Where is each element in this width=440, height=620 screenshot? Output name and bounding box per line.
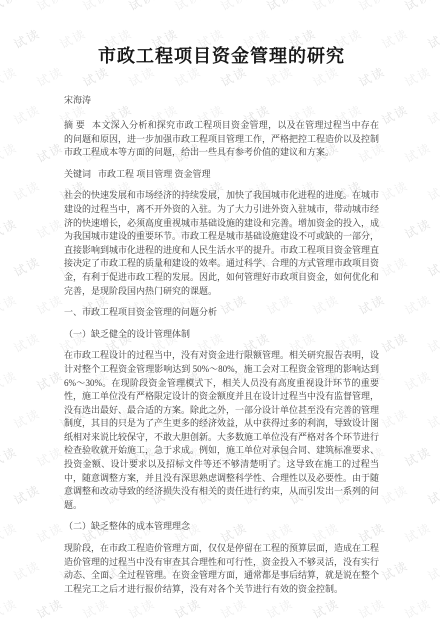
watermark-text: 试读	[0, 442, 20, 470]
watermark-text: 试读	[425, 328, 440, 356]
watermark-text: 试读	[310, 0, 343, 15]
watermark-text: 试读	[11, 252, 44, 280]
watermark-text: 试读	[0, 138, 20, 166]
keywords-label: 关键词	[64, 169, 91, 179]
body-paragraph: 在市政工程设计的过程当中，没有对资金进行限额管理。相关研究报告表明，设计对整个工…	[64, 349, 379, 512]
watermark-text: 试读	[34, 366, 67, 394]
watermark-text: 试读	[80, 0, 113, 15]
watermark-text: 试读	[402, 366, 435, 394]
watermark-text: 试读	[126, 0, 159, 15]
watermark-text: 试读	[379, 252, 412, 280]
watermark-text: 试读	[402, 518, 435, 546]
watermark-text: 试读	[425, 404, 440, 432]
watermark-text: 试读	[34, 214, 67, 242]
watermark-text: 试读	[0, 594, 20, 620]
watermark-text: 试读	[0, 62, 20, 90]
watermark-text: 试读	[11, 328, 44, 356]
watermark-text: 试读	[11, 480, 44, 508]
watermark-text: 试读	[379, 556, 412, 584]
document-page: 试读试读试读试读试读试读试读试读试读试读试读试读试读试读试读试读试读试读试读试读…	[0, 0, 440, 620]
watermark-text: 试读	[402, 594, 435, 620]
watermark-text: 试读	[379, 480, 412, 508]
watermark-text: 试读	[172, 0, 205, 15]
watermark-text: 试读	[34, 138, 67, 166]
watermark-text: 试读	[425, 24, 440, 52]
watermark-text: 试读	[379, 404, 412, 432]
watermark-text: 试读	[379, 24, 412, 52]
abstract-label: 摘 要	[64, 120, 85, 130]
author-name: 宋海涛	[64, 94, 379, 107]
keywords-text: 市政工程 项目管理 资金管理	[98, 169, 211, 179]
watermark-text: 试读	[34, 62, 67, 90]
body-paragraph: 现阶段，在市政工程造价管理方面，仅仅是停留在工程的预算层面，造成在工程造价管理的…	[64, 542, 379, 596]
watermark-text: 试读	[34, 594, 67, 620]
watermark-text: 试读	[425, 480, 440, 508]
watermark-text: 试读	[0, 214, 20, 242]
section-heading: 一、市政工程项目资金管理的问题分析	[64, 306, 379, 320]
abstract-paragraph: 摘 要本文深入分析和探究市政工程项目资金管理，以及在管理过程当中存在的问题和原因…	[64, 119, 379, 160]
watermark-text: 试读	[402, 214, 435, 242]
watermark-text: 试读	[379, 100, 412, 128]
watermark-text: 试读	[402, 290, 435, 318]
keywords-line: 关键词市政工程 项目管理 资金管理	[64, 168, 379, 182]
watermark-text: 试读	[379, 176, 412, 204]
watermark-text: 试读	[402, 138, 435, 166]
abstract-text: 本文深入分析和探究市政工程项目资金管理，以及在管理过程当中存在的问题和原因，进一…	[64, 120, 379, 157]
subsection-heading: （二）缺乏整体的成本管理理念	[64, 520, 379, 534]
watermark-text: 试读	[356, 0, 389, 15]
subsection-heading: （一）缺乏健全的设计管理体制	[64, 328, 379, 342]
watermark-text: 试读	[34, 442, 67, 470]
watermark-text: 试读	[34, 0, 67, 15]
watermark-text: 试读	[11, 404, 44, 432]
watermark-text: 试读	[425, 176, 440, 204]
watermark-text: 试读	[402, 0, 435, 15]
watermark-text: 试读	[425, 252, 440, 280]
watermark-text: 试读	[0, 518, 20, 546]
watermark-text: 试读	[0, 290, 20, 318]
body-paragraph: 社会的快速发展和市场经济的持续发展，加快了我国城市化进程的进度。在城市建设的过程…	[64, 189, 379, 298]
watermark-text: 试读	[11, 556, 44, 584]
watermark-text: 试读	[0, 0, 20, 15]
watermark-text: 试读	[11, 100, 44, 128]
watermark-text: 试读	[34, 518, 67, 546]
watermark-text: 试读	[218, 0, 251, 15]
watermark-text: 试读	[402, 62, 435, 90]
document-content: 市政工程项目资金管理的研究 宋海涛 摘 要本文深入分析和探究市政工程项目资金管理…	[64, 44, 379, 604]
watermark-text: 试读	[425, 556, 440, 584]
watermark-text: 试读	[425, 100, 440, 128]
page-title: 市政工程项目资金管理的研究	[64, 44, 379, 68]
watermark-text: 试读	[11, 176, 44, 204]
watermark-text: 试读	[402, 442, 435, 470]
watermark-text: 试读	[0, 366, 20, 394]
watermark-text: 试读	[379, 328, 412, 356]
watermark-text: 试读	[264, 0, 297, 15]
watermark-text: 试读	[11, 24, 44, 52]
watermark-text: 试读	[34, 290, 67, 318]
